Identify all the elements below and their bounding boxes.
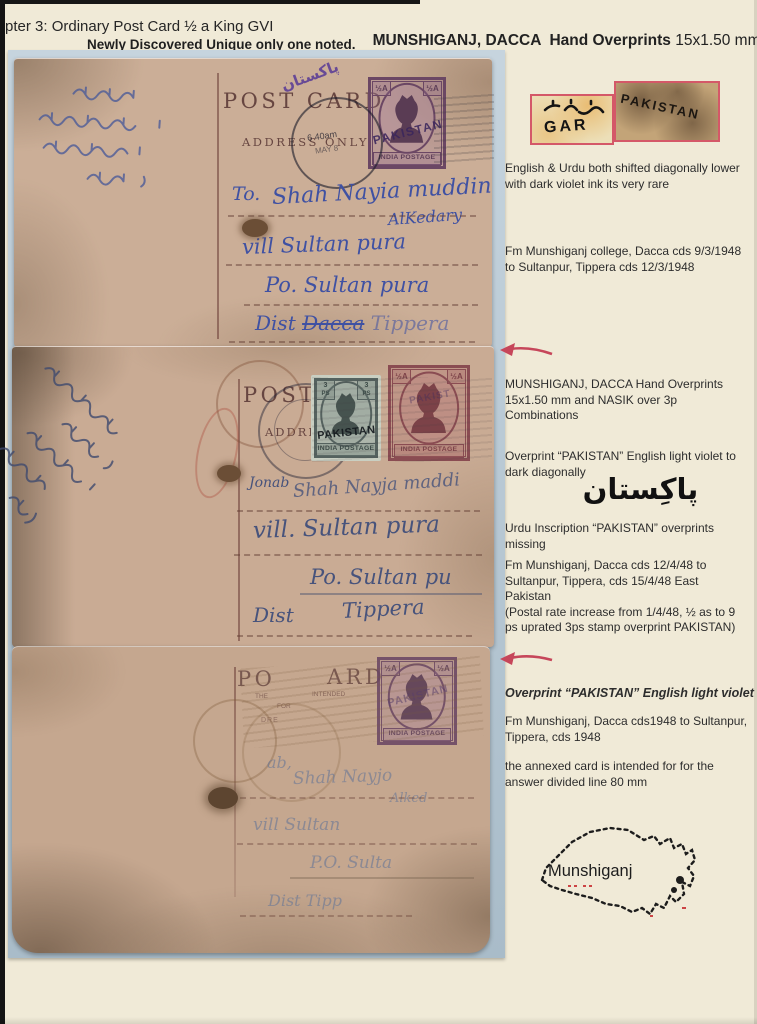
stamp-value: ½A — [372, 81, 391, 96]
addr-dist: Dist Dacca Tippera — [255, 311, 449, 335]
pakistan-caption: PAKISTAN — [619, 91, 701, 122]
munshiganj-map: Munshiganj — [532, 820, 712, 922]
machine-cancel-lines — [312, 377, 492, 462]
address-underline — [290, 877, 474, 879]
addr-dist: Dist — [253, 603, 294, 627]
red-arrow-icon — [498, 648, 554, 670]
chapter-title: pter 3: Ordinary Post Card ½ a King GVI — [5, 18, 273, 35]
red-arrow-icon — [498, 340, 554, 362]
address-line — [234, 554, 482, 556]
overprint-detail-pakistan: PAKISTAN — [614, 81, 720, 142]
addr-to: ab, — [267, 753, 292, 772]
addr-to: Jonab — [249, 475, 289, 491]
stain-blob — [242, 219, 268, 237]
address-line — [228, 215, 476, 217]
map-label: Munshiganj — [548, 862, 632, 881]
note-heading2: MUNSHIGANJ, DACCA Hand Overprints 15x1.5… — [505, 377, 757, 424]
addr-dist2: Tippera — [371, 311, 450, 335]
addr-dist: Dist Tipp — [268, 891, 342, 910]
handwritten-script — [26, 79, 214, 211]
page-title: MUNSHIGANJ, DACCA Hand Overprints 15x1.5… — [364, 14, 757, 50]
address-line — [237, 843, 477, 845]
address-line — [240, 797, 474, 799]
postcard-divider — [217, 73, 219, 339]
postmark-date: MAY 8 — [314, 143, 338, 155]
addr-po: P.O. Sulta — [310, 853, 392, 873]
address-line — [237, 635, 472, 637]
addr-vill: vill Sultan pura — [242, 229, 407, 259]
machine-cancel-lines — [240, 656, 484, 748]
addr-struck: Dacca — [302, 311, 364, 335]
address-line — [237, 510, 480, 512]
page-title-size: 15x1.50 mm — [675, 32, 757, 49]
urdu-pakistan-word: پاکِستان — [573, 472, 708, 506]
note-fm1: Fm Munshiganj college, Dacca cds 9/3/194… — [505, 244, 757, 275]
postcard-3: PO ARD THE INTENDED FOR DRE ½A ½A INDIA … — [12, 646, 490, 953]
note-heading3: Overprint “PAKISTAN” English light viole… — [505, 686, 757, 702]
scanned-album-page: { "page": { "chapter": "pter 3: Ordinary… — [0, 0, 757, 1024]
note-urdu-missing: Urdu Inscription “PAKISTAN” overprints m… — [505, 521, 757, 552]
postmark-time: 6 40am — [306, 129, 337, 143]
address-line — [240, 915, 412, 917]
stain-blob — [217, 465, 241, 482]
scan-edge-bottom — [0, 1017, 757, 1024]
addr-dist2: Tippera — [341, 595, 425, 623]
handwritten-script — [0, 353, 232, 635]
address-line — [229, 341, 475, 343]
note-fm2: Fm Munshiganj, Dacca cds 12/4/48 to Sult… — [505, 558, 757, 636]
machine-cancel-lines — [434, 94, 494, 164]
stamp-country: INDIA POSTAGE — [373, 152, 440, 166]
addr-to: To. — [232, 183, 260, 205]
address-underline — [300, 593, 482, 595]
scan-edge-top — [0, 0, 420, 4]
addr-vill: vill Sultan — [253, 815, 340, 835]
address-line — [226, 264, 478, 266]
postcard-2: POST ADDRES 3PS 3PS INDIA POSTAGE PAKIST… — [12, 346, 494, 647]
note-annexed: the annexed card is intended for for the… — [505, 759, 757, 790]
postcard-1: POST CARD ADDRESS ONLY پاکستان ½A ½A IND… — [14, 58, 492, 347]
postmark-circle: 6 40am MAY 8 — [291, 97, 383, 189]
note-shifted: English & Urdu both shifted diagonally l… — [505, 161, 757, 192]
note-fm3: Fm Munshiganj, Dacca cds1948 to Sultanpu… — [505, 714, 757, 745]
addr-po: Po. Sultan pu — [310, 565, 452, 589]
page-title-bold: MUNSHIGANJ, DACCA Hand Overprints — [373, 32, 676, 49]
addr-name: Shah Nayjo — [293, 766, 393, 789]
addr-vill: vill. Sultan pura — [253, 511, 441, 544]
overprint-detail-urdu: GAR — [530, 94, 614, 145]
address-line — [244, 304, 478, 306]
addr-po: Po. Sultan pura — [265, 273, 429, 297]
stain-blob — [208, 787, 238, 809]
gar-caption: GAR — [543, 116, 589, 137]
